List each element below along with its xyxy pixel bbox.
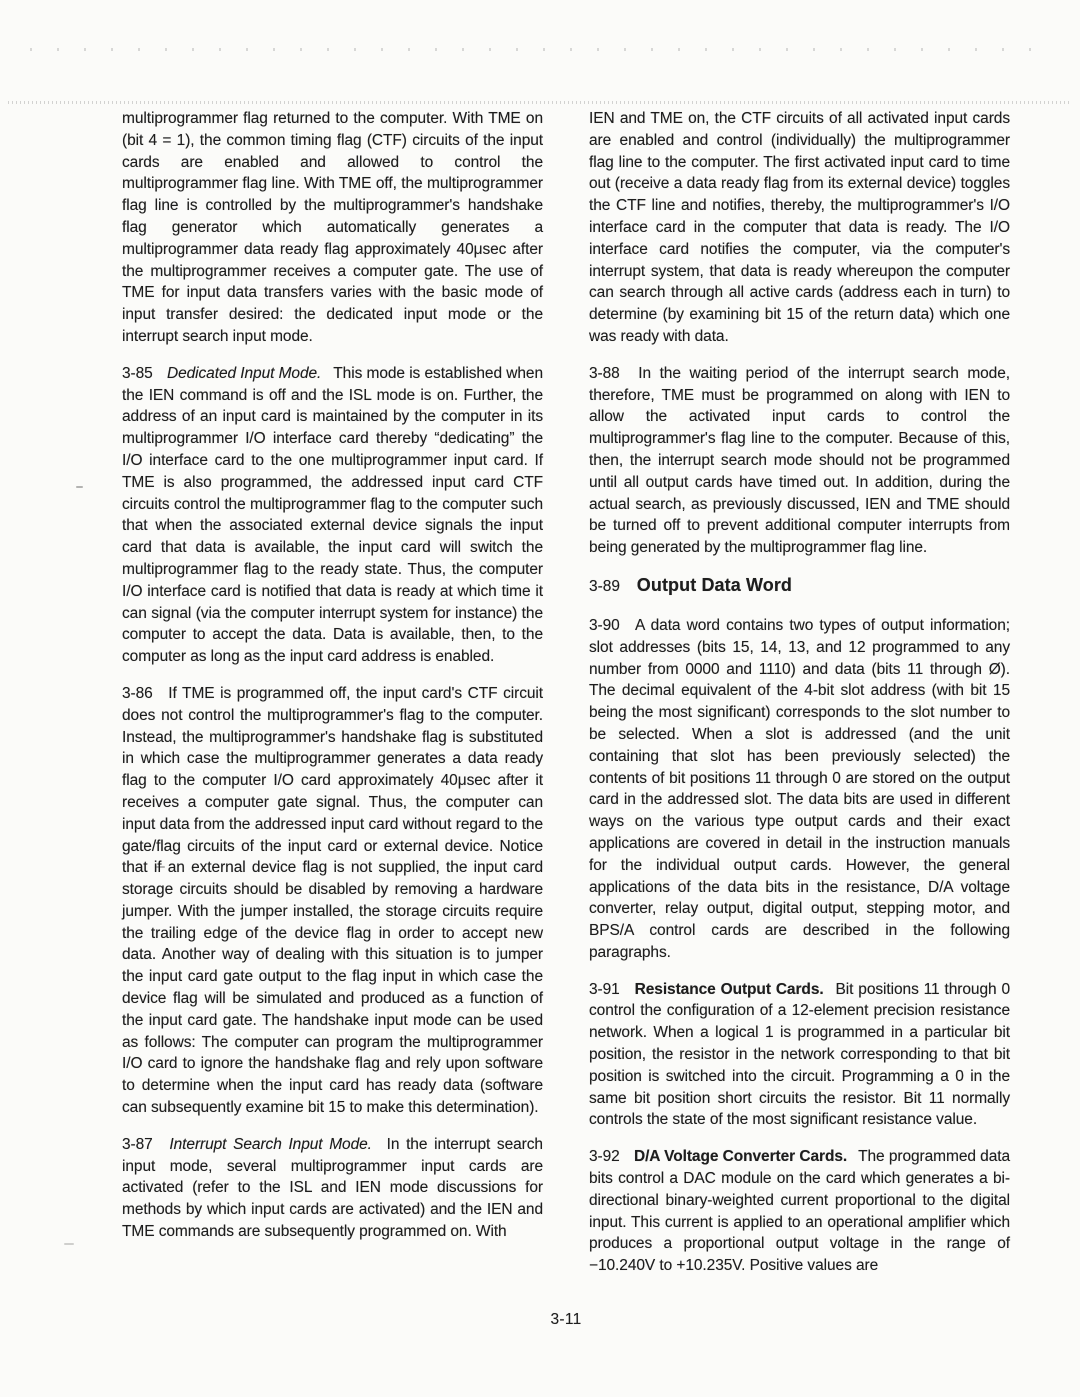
paragraph-3-90: 3-90 A data word contains two types of o… — [589, 615, 1010, 964]
paragraph-title: D/A Voltage Converter Cards. — [634, 1148, 847, 1165]
scanned-manual-page: multiprogrammer flag returned to the com… — [0, 0, 1080, 1397]
paragraph-3-91: 3-91 Resistance Output Cards. Bit positi… — [589, 979, 1010, 1132]
paragraph-number: 3-87 — [122, 1136, 153, 1153]
paragraph-title: Interrupt Search Input Mode. — [169, 1136, 372, 1153]
paragraph-3-88: 3-88 In the waiting period of the interr… — [589, 363, 1010, 559]
scan-noise-line-header — [8, 101, 1072, 104]
page-number: 3-11 — [122, 1311, 1010, 1329]
right-column: IEN and TME on, the CTF circuits of all … — [589, 108, 1010, 1292]
paragraph-text: A data word contains two types of output… — [589, 617, 1010, 961]
paragraph-number: 3-91 — [589, 981, 620, 998]
left-column: multiprogrammer flag returned to the com… — [122, 108, 543, 1292]
heading-text: Output Data Word — [637, 575, 792, 595]
two-column-text-area: multiprogrammer flag returned to the com… — [122, 108, 1010, 1292]
paragraph-text: If TME is programmed off, the input card… — [122, 685, 543, 1116]
paragraph-number: 3-92 — [589, 1148, 620, 1165]
paragraph-text: multiprogrammer flag returned to the com… — [122, 110, 543, 345]
scan-speck — [76, 486, 83, 488]
paragraph-text: This mode is established when the IEN co… — [122, 365, 543, 665]
paragraph-text: In the waiting period of the interrupt s… — [589, 365, 1010, 556]
paragraph-continuation-left: multiprogrammer flag returned to the com… — [122, 108, 543, 348]
paragraph-number: 3-88 — [589, 365, 620, 382]
scan-noise-line-top — [30, 48, 1050, 51]
paragraph-number: 3-86 — [122, 685, 153, 702]
paragraph-number: 3-85 — [122, 365, 153, 382]
paragraph-text: Bit positions 11 through 0 control the c… — [589, 981, 1010, 1129]
paragraph-title: Resistance Output Cards. — [635, 981, 824, 998]
paragraph-3-92: 3-92 D/A Voltage Converter Cards. The pr… — [589, 1146, 1010, 1277]
paragraph-text: IEN and TME on, the CTF circuits of all … — [589, 110, 1010, 345]
paragraph-3-87: 3-87 Interrupt Search Input Mode. In the… — [122, 1134, 543, 1243]
scan-speck — [64, 1243, 74, 1245]
section-heading-output-data-word: 3-89 Output Data Word — [589, 574, 1010, 598]
paragraph-number: 3-90 — [589, 617, 620, 634]
paragraph-3-86: 3-86 If TME is programmed off, the input… — [122, 683, 543, 1119]
paragraph-3-85: 3-85 Dedicated Input Mode. This mode is … — [122, 363, 543, 668]
paragraph-title: Dedicated Input Mode. — [167, 365, 321, 382]
paragraph-text: The programmed data bits control a DAC m… — [589, 1148, 1010, 1274]
heading-number: 3-89 — [589, 578, 620, 595]
paragraph-continuation-right: IEN and TME on, the CTF circuits of all … — [589, 108, 1010, 348]
